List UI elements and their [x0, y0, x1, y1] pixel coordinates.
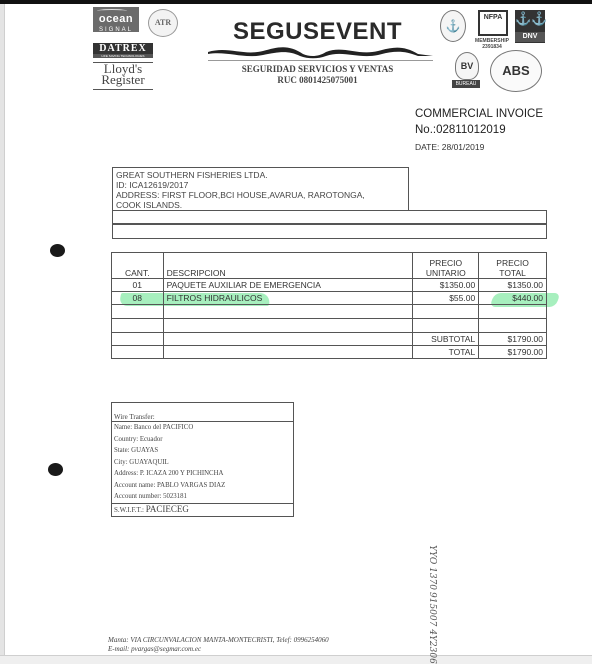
dnv-logo: ⚓⚓ DNV [515, 10, 545, 43]
customer-name: GREAT SOUTHERN FISHERIES LTDA. [116, 170, 408, 180]
handwritten-note: YYO 1370 [427, 545, 437, 590]
datrex-logo: DATREX LIFE SAVING TECHNOLOGIES [93, 43, 153, 58]
wire-transfer-box: Wire Transfer: Name: Banco del PACIFICO … [111, 402, 294, 517]
nfpa-logo: NFPA [478, 10, 508, 36]
anchor-icon: ⚓⚓ [515, 11, 547, 26]
table-row-empty [112, 319, 547, 333]
wave-icon [97, 9, 127, 13]
handwritten-note: 915007 4Y2306 [427, 592, 437, 664]
swift-code: S.W.I.F.T.: PACIECEG [112, 503, 293, 517]
wire-transfer-title: Wire Transfer: [112, 403, 293, 422]
abs-logo: ABS [490, 50, 542, 92]
certification-seal-logo: ATR [148, 9, 178, 37]
bureau-veritas-label: BUREAU VERITAS [452, 80, 480, 88]
binder-hole [48, 463, 63, 476]
brand-subtitle: SEGURIDAD SERVICIOS Y VENTAS RUC 0801425… [225, 64, 410, 86]
invoice-date: DATE: 28/01/2019 [415, 142, 484, 152]
bottom-edge [0, 655, 592, 664]
footer-email: E-mail: pvargas@segmar.com.ec [108, 645, 329, 654]
footer-contact: Manta: VIA CIRCUNVALACION MANTA-MONTECRI… [108, 636, 329, 654]
invoice-title: COMMERCIAL INVOICE [415, 108, 543, 120]
table-header-row: CANT. DESCRIPCION PRECIOUNITARIO PRECIO … [112, 253, 547, 279]
subtotal-row: SUBTOTAL $1790.00 [112, 333, 547, 346]
bureau-veritas-logo: BV [455, 52, 479, 80]
binder-hole [50, 244, 65, 257]
table-row: 08 FILTROS HIDRAULICOS $55.00 $440.00 [112, 292, 547, 305]
lloyds-register-logo: Lloyd's Register [93, 62, 153, 90]
table-row-empty [112, 305, 547, 319]
customer-box: GREAT SOUTHERN FISHERIES LTDA. ID: ICA12… [112, 167, 409, 210]
left-edge [0, 4, 5, 664]
items-table: CANT. DESCRIPCION PRECIOUNITARIO PRECIO … [111, 252, 547, 359]
customer-address: ADDRESS: FIRST FLOOR,BCI HOUSE,AVARUA, R… [116, 190, 408, 200]
ruc-number: RUC 0801425075001 [225, 75, 410, 86]
ocean-signal-logo: ocean SIGNAL [93, 7, 139, 32]
nfpa-label: MEMBERSHIP 2391834 [474, 38, 510, 50]
brand-divider [208, 60, 433, 61]
invoice-number: No.:02811012019 [415, 124, 506, 136]
customer-empty-row [112, 210, 547, 224]
customer-id: ID: ICA12619/2017 [116, 180, 408, 190]
top-bar [0, 0, 592, 4]
total-row: TOTAL $1790.00 [112, 346, 547, 359]
customer-empty-row [112, 224, 547, 239]
subtotal-value: $1790.00 [479, 333, 547, 346]
total-value: $1790.00 [479, 346, 547, 359]
table-row: 01 PAQUETE AUXILIAR DE EMERGENCIA $1350.… [112, 279, 547, 292]
wave-logo-icon [208, 42, 433, 60]
anchor-seal-icon: ⚓ [440, 10, 466, 42]
